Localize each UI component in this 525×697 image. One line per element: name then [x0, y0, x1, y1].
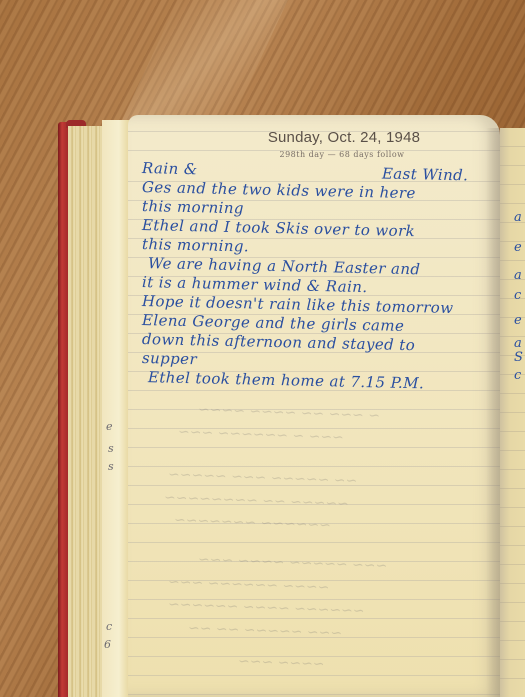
right-page-mark: a [514, 268, 522, 283]
bleed-through-text: ~~ ~~~~~ ~~~ ~~~~~ [168, 467, 358, 490]
bleed-through-text: ~~~~~~ ~~~~~~~ [174, 512, 331, 533]
right-page-mark: c [514, 368, 521, 383]
handwritten-entry: Rain & East Wind. Ges and the two kids w… [142, 159, 502, 387]
bleed-through-text: ~~~~ ~~~ [238, 653, 325, 672]
next-page-sliver: a e a c e a S c [500, 128, 525, 697]
page-header: Sunday, Oct. 24, 1948 298th day — 68 day… [128, 129, 500, 159]
bleed-through-text: ~ ~~~ ~~ ~~~~ ~~~~ [198, 402, 380, 424]
day-count: 298th day — 68 days follow [128, 150, 500, 159]
bleed-through-text: ~~~ ~ ~~~~~~ ~~~ [178, 424, 344, 446]
red-cover-edge [58, 122, 68, 697]
wood-table-highlight [122, 0, 288, 120]
left-page-mark: s [108, 460, 114, 473]
bleed-through-text: ~~~ ~~~~~ ~~ ~~ [188, 620, 343, 641]
right-page-mark: e [514, 313, 522, 328]
bleed-through-text: ~~~~ ~~~~~~ ~~~ [168, 574, 330, 596]
left-page-mark: s [108, 442, 114, 455]
wind-direction: East Wind. [382, 164, 469, 185]
bleed-through-text: ~~~ ~~~~~ ~~~~ ~~~ [198, 552, 388, 575]
bleed-through-text: ~~~~~ ~~ ~~~~~~~~ [164, 490, 349, 512]
left-page-mark: e [106, 420, 113, 433]
left-page-mark: 6 [104, 638, 111, 651]
right-page-mark: e [514, 240, 522, 255]
right-page-mark: c [514, 288, 521, 303]
weather-condition: Rain & [142, 159, 198, 178]
diary-page: Sunday, Oct. 24, 1948 298th day — 68 day… [128, 115, 500, 697]
right-page-mark: a [514, 210, 522, 225]
page-date: Sunday, Oct. 24, 1948 [128, 129, 500, 146]
bleed-through-text: ~~~~~~ ~~~~ ~~~~~~ [168, 597, 365, 620]
right-page-mark: S [514, 350, 523, 365]
left-page-mark: c [106, 620, 112, 633]
right-page-mark: a [514, 336, 522, 351]
